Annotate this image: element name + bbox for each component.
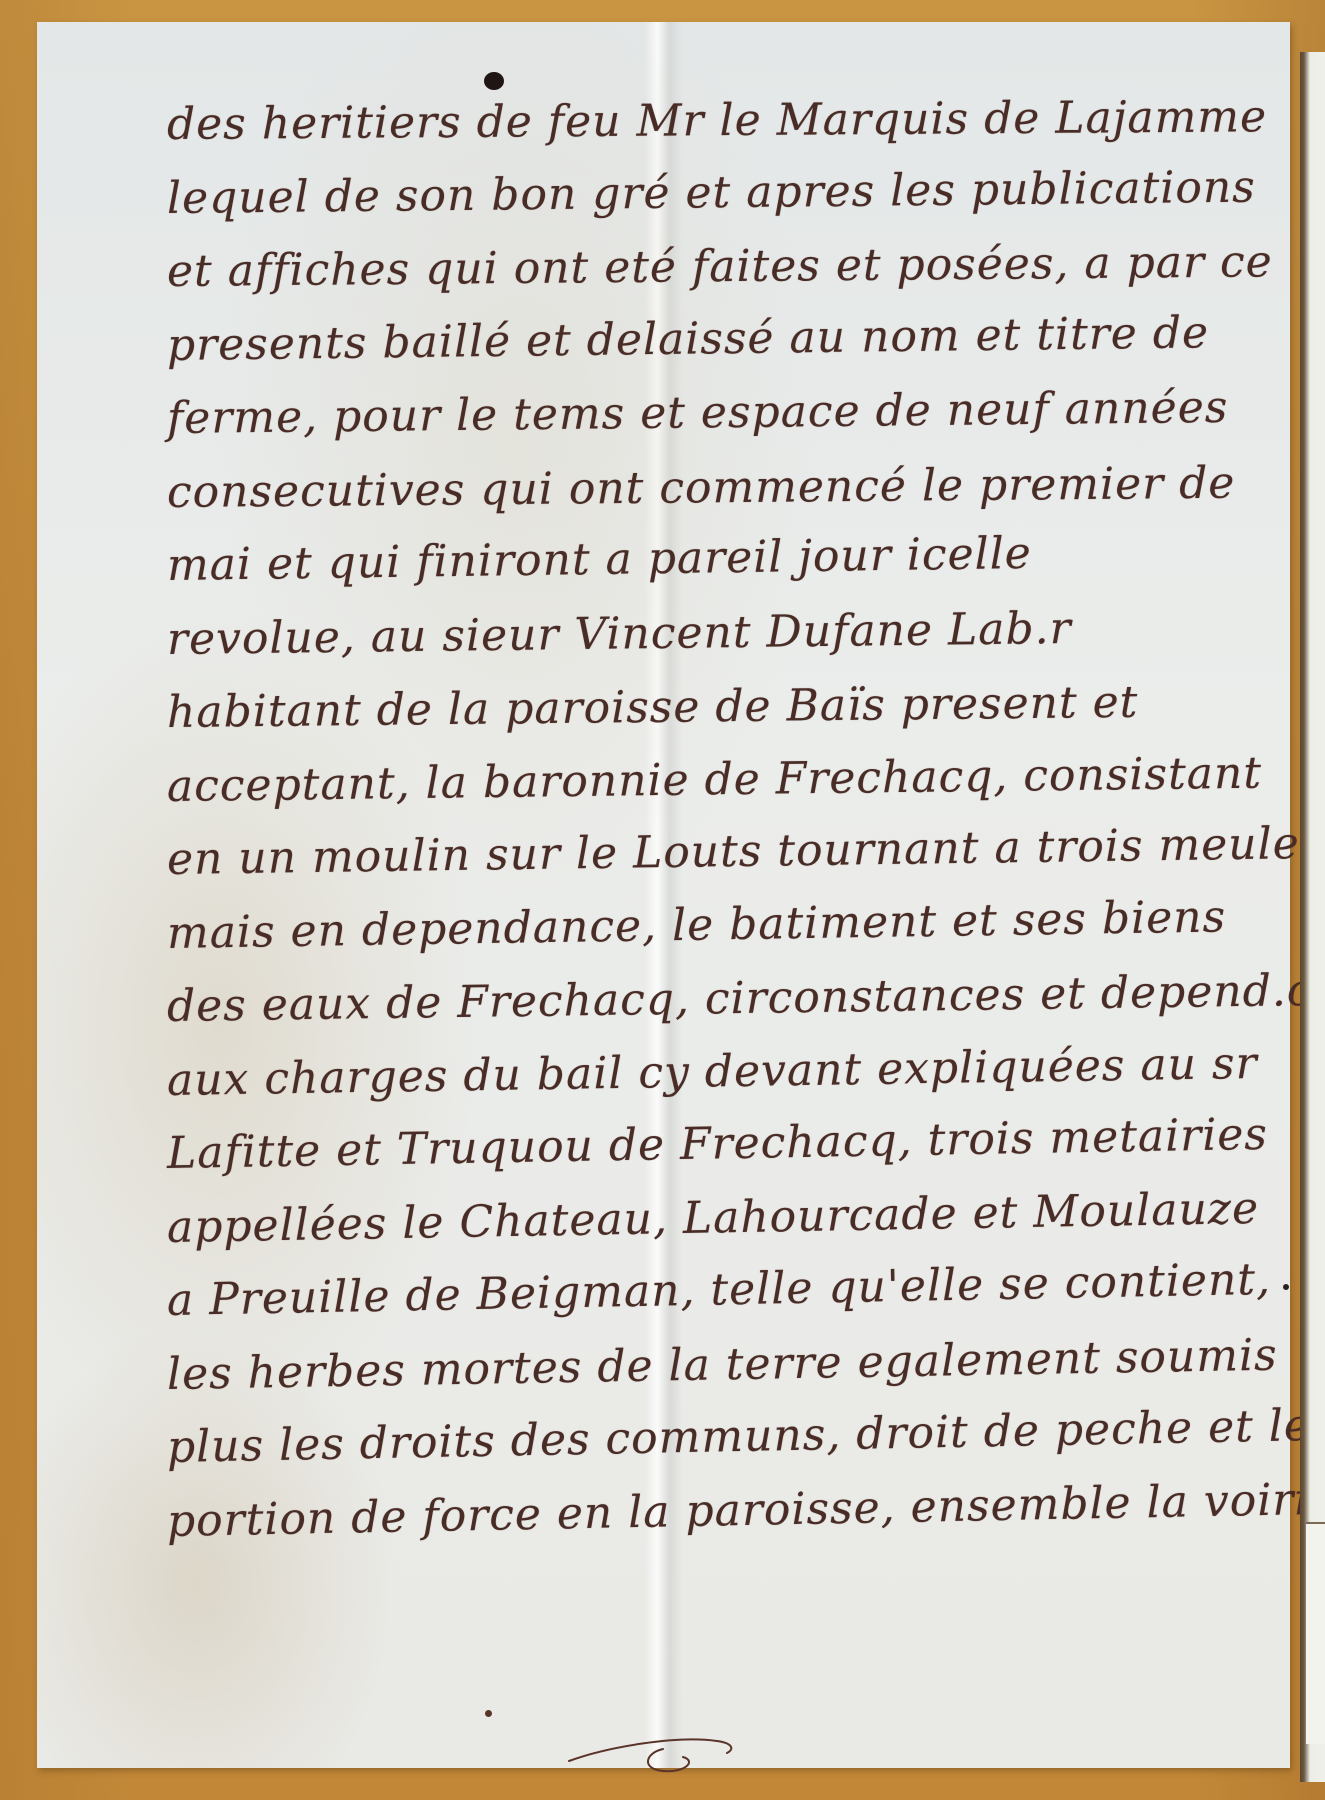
adjacent-page-tab [1306, 1522, 1325, 1744]
closing-dot [485, 1710, 492, 1717]
manuscript-line: des heritiers de feu Mr le Marquis de La… [167, 80, 1267, 161]
manuscript-line: presents baillé et delaissé au nom et ti… [167, 295, 1268, 382]
manuscript-line: revolue, au sieur Vincent Dufane Lab.r [167, 589, 1268, 676]
manuscript-line: lequel de son bon gré et apres les publi… [167, 150, 1268, 235]
closing-flourish-icon [567, 1727, 747, 1777]
adjacent-page-edge [1300, 52, 1325, 1782]
manuscript-line: habitant de la paroisse de Baïs present … [167, 664, 1268, 749]
margin-ink-mark [1283, 1284, 1289, 1290]
manuscript-line: et affiches qui ont eté faites et posées… [167, 225, 1268, 308]
handwritten-text-block: des heritiers de feu Mr le Marquis de La… [167, 88, 1267, 1558]
manuscript-page: des heritiers de feu Mr le Marquis de La… [37, 22, 1290, 1768]
manuscript-line: ferme, pour le tems et espace de neuf an… [167, 370, 1268, 455]
manuscript-line: mai et qui finiront a pareil jour icelle [166, 514, 1267, 603]
